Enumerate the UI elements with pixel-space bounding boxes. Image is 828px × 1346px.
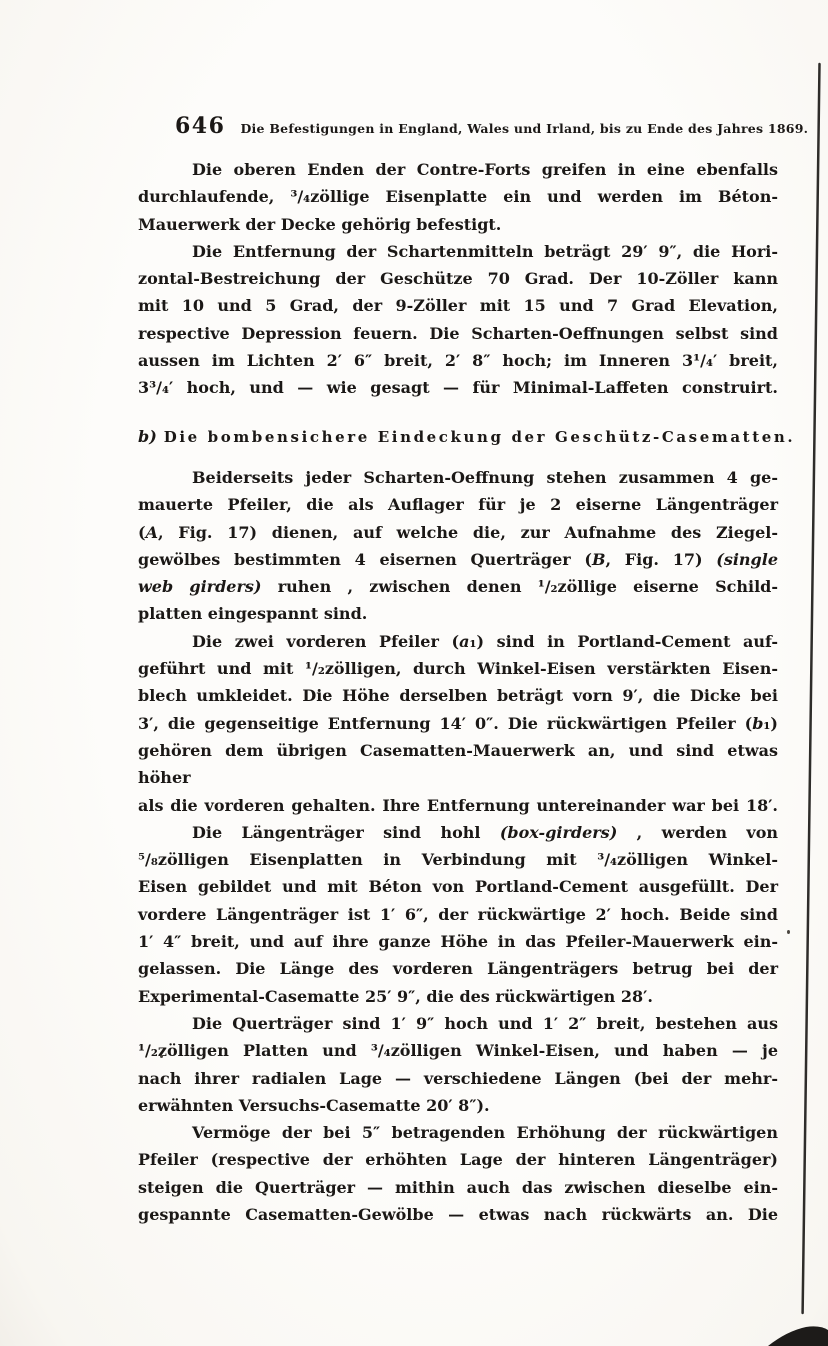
text-line: gewölbes bestimmten 4 eisernen Querträge… [138,546,778,573]
text-segment: ⁵/₈zölligen Eisenplatten in Verbindung m… [138,850,778,869]
text-segment: gewölbes bestimmten 4 eisernen Querträge… [138,550,592,569]
text-segment: 3³/₄′ hoch, und — wie gesagt — für Minim… [138,378,778,397]
text-segment: A [146,523,158,542]
text-segment: ₁) [763,714,778,733]
text-segment: Vermöge der bei 5″ betragenden Erhöhung … [192,1123,778,1142]
text-line: ⁵/₈zölligen Eisenplatten in Verbindung m… [138,846,778,873]
text-segment: ¹/₂zölligen Platten und ³/₄zölligen Wink… [138,1041,778,1060]
text-line: (A, Fig. 17) dienen, auf welche die, zur… [138,519,778,546]
section-heading-label: b) [138,427,157,446]
text-segment: web girders) [138,577,261,596]
text-line: gespannte Casematten-Gewölbe — etwas nac… [138,1201,778,1228]
text-line: zontal-Bestreichung der Geschütze 70 Gra… [138,265,778,292]
page-body: Die oberen Enden der Contre-Forts greife… [138,156,778,1228]
text-segment: (single [716,550,778,569]
text-line: 1′ 4″ breit, und auf ihre ganze Höhe in … [138,928,778,955]
text-line: Die oberen Enden der Contre-Forts greife… [138,156,778,183]
text-line: respective Depression feuern. Die Schart… [138,320,778,347]
text-line: Vermöge der bei 5″ betragenden Erhöhung … [138,1119,778,1146]
ink-speck-right [787,930,790,934]
text-segment: 3′, die gegenseitige Entfernung 14′ 0″. … [138,714,752,733]
text-segment: ( [138,523,146,542]
text-segment: 1′ 4″ breit, und auf ihre ganze Höhe in … [138,932,778,951]
text-line: platten eingespannt sind. [138,600,778,627]
text-segment: blech umkleidet. Die Höhe derselben betr… [138,686,778,705]
text-line: mit 10 und 5 Grad, der 9-Zöller mit 15 u… [138,292,778,319]
text-line: durchlaufende, ³/₄zöllige Eisenplatte ei… [138,183,778,210]
text-segment: a [459,632,469,651]
text-segment: ruhen , zwischen denen ¹/₂zöllige eisern… [261,577,778,596]
text-segment: zontal-Bestreichung der Geschütze 70 Gra… [138,269,778,288]
text-line: als die vorderen gehalten. Ihre Entfernu… [138,792,778,819]
text-segment: b [752,714,763,733]
page-header: 646 Die Befestigungen in England, Wales … [175,113,795,139]
text-segment: (box-girders) [500,823,617,842]
text-segment: durchlaufende, ³/₄zöllige Eisenplatte ei… [138,187,778,206]
text-segment: Die oberen Enden der Contre-Forts greife… [192,160,778,179]
text-line: gelassen. Die Länge des vorderen Längent… [138,955,778,982]
text-line: aussen im Lichten 2′ 6″ breit, 2′ 8″ hoc… [138,347,778,374]
paragraph: Die Querträger sind 1′ 9″ hoch und 1′ 2″… [138,1010,778,1119]
text-segment: respective Depression feuern. Die Schart… [138,324,778,343]
paragraph: Die zwei vorderen Pfeiler (a₁) sind in P… [138,628,778,819]
running-head-title: Die Befestigungen in England, Wales und … [240,121,808,136]
page-number: 646 [175,113,225,139]
section-heading-text: Die bombensichere Eindeckung der Geschüt… [164,428,795,446]
section-heading: b)Die bombensichere Eindeckung der Gesch… [138,423,778,451]
text-line: erwähnten Versuchs-Casematte 20′ 8″). [138,1092,778,1119]
text-line: geführt und mit ¹/₂zölligen, durch Winke… [138,655,778,682]
text-segment: B [592,550,606,569]
text-segment: Beiderseits jeder Scharten-Oeffnung steh… [192,468,778,487]
text-segment: aussen im Lichten 2′ 6″ breit, 2′ 8″ hoc… [138,351,778,370]
text-segment: Pfeiler (respective der erhöhten Lage de… [138,1150,778,1169]
text-line: 3′, die gegenseitige Entfernung 14′ 0″. … [138,710,778,737]
text-line: vordere Längenträger ist 1′ 6″, der rück… [138,901,778,928]
ink-speck-left [160,1055,163,1058]
text-segment: steigen die Querträger — mithin auch das… [138,1178,778,1197]
paragraph: Vermöge der bei 5″ betragenden Erhöhung … [138,1119,778,1228]
text-line: Beiderseits jeder Scharten-Oeffnung steh… [138,464,778,491]
text-segment: mit 10 und 5 Grad, der 9-Zöller mit 15 u… [138,296,778,315]
text-line: Die Längenträger sind hohl (box-girders)… [138,819,778,846]
paragraph: Die oberen Enden der Contre-Forts greife… [138,156,778,238]
text-segment: Die Querträger sind 1′ 9″ hoch und 1′ 2″… [192,1014,778,1033]
text-line: Mauerwerk der Decke gehörig befestigt. [138,211,778,238]
text-line: gehören dem übrigen Casematten-Mauerwerk… [138,737,778,792]
text-segment: , werden von [617,823,778,842]
text-segment: geführt und mit ¹/₂zölligen, durch Winke… [138,659,778,678]
text-segment: vordere Längenträger ist 1′ 6″, der rück… [138,905,778,924]
text-line: 3³/₄′ hoch, und — wie gesagt — für Minim… [138,374,778,401]
text-line: Die Entfernung der Schartenmitteln beträ… [138,238,778,265]
text-line: steigen die Querträger — mithin auch das… [138,1174,778,1201]
text-segment: als die vorderen gehalten. Ihre Entfernu… [138,796,778,815]
text-line: ¹/₂zölligen Platten und ³/₄zölligen Wink… [138,1037,778,1064]
text-segment: Mauerwerk der Decke gehörig befestigt. [138,215,501,234]
page-edge-line [803,64,820,1313]
text-segment: mauerte Pfeiler, die als Auflager für je… [138,495,778,514]
text-segment: , Fig. 17) dienen, auf welche die, zur A… [158,523,778,542]
text-segment: Experimental-Casematte 25′ 9″, die des r… [138,987,653,1006]
text-segment: ₁) sind in Portland-Cement auf- [469,632,778,651]
text-segment: erwähnten Versuchs-Casematte 20′ 8″). [138,1096,490,1115]
text-line: nach ihrer radialen Lage — verschiedene … [138,1065,778,1092]
text-line: web girders) ruhen , zwischen denen ¹/₂z… [138,573,778,600]
text-line: Die Querträger sind 1′ 9″ hoch und 1′ 2″… [138,1010,778,1037]
text-segment: platten eingespannt sind. [138,604,367,623]
text-segment: gelassen. Die Länge des vorderen Längent… [138,959,778,978]
text-line: Eisen gebildet und mit Béton von Portlan… [138,873,778,900]
text-line: Die zwei vorderen Pfeiler (a₁) sind in P… [138,628,778,655]
text-segment: Die Längenträger sind hohl [192,823,500,842]
paragraph: Die Entfernung der Schartenmitteln beträ… [138,238,778,402]
text-line: blech umkleidet. Die Höhe derselben betr… [138,682,778,709]
text-segment: nach ihrer radialen Lage — verschiedene … [138,1069,778,1088]
text-segment: gehören dem übrigen Casematten-Mauerwerk… [138,741,778,787]
text-segment: Die Entfernung der Schartenmitteln beträ… [192,242,778,261]
text-line: mauerte Pfeiler, die als Auflager für je… [138,491,778,518]
paragraph: Die Längenträger sind hohl (box-girders)… [138,819,778,1010]
text-segment: Eisen gebildet und mit Béton von Portlan… [138,877,778,896]
text-line: Experimental-Casematte 25′ 9″, die des r… [138,983,778,1010]
page-corner-curl [768,1326,828,1346]
scanned-book-page: 646 Die Befestigungen in England, Wales … [0,0,828,1346]
text-line: Pfeiler (respective der erhöhten Lage de… [138,1146,778,1173]
text-segment: Die zwei vorderen Pfeiler ( [192,632,459,651]
paragraph: Beiderseits jeder Scharten-Oeffnung steh… [138,464,778,628]
text-segment: , Fig. 17) [606,550,717,569]
text-segment: gespannte Casematten-Gewölbe — etwas nac… [138,1205,778,1224]
